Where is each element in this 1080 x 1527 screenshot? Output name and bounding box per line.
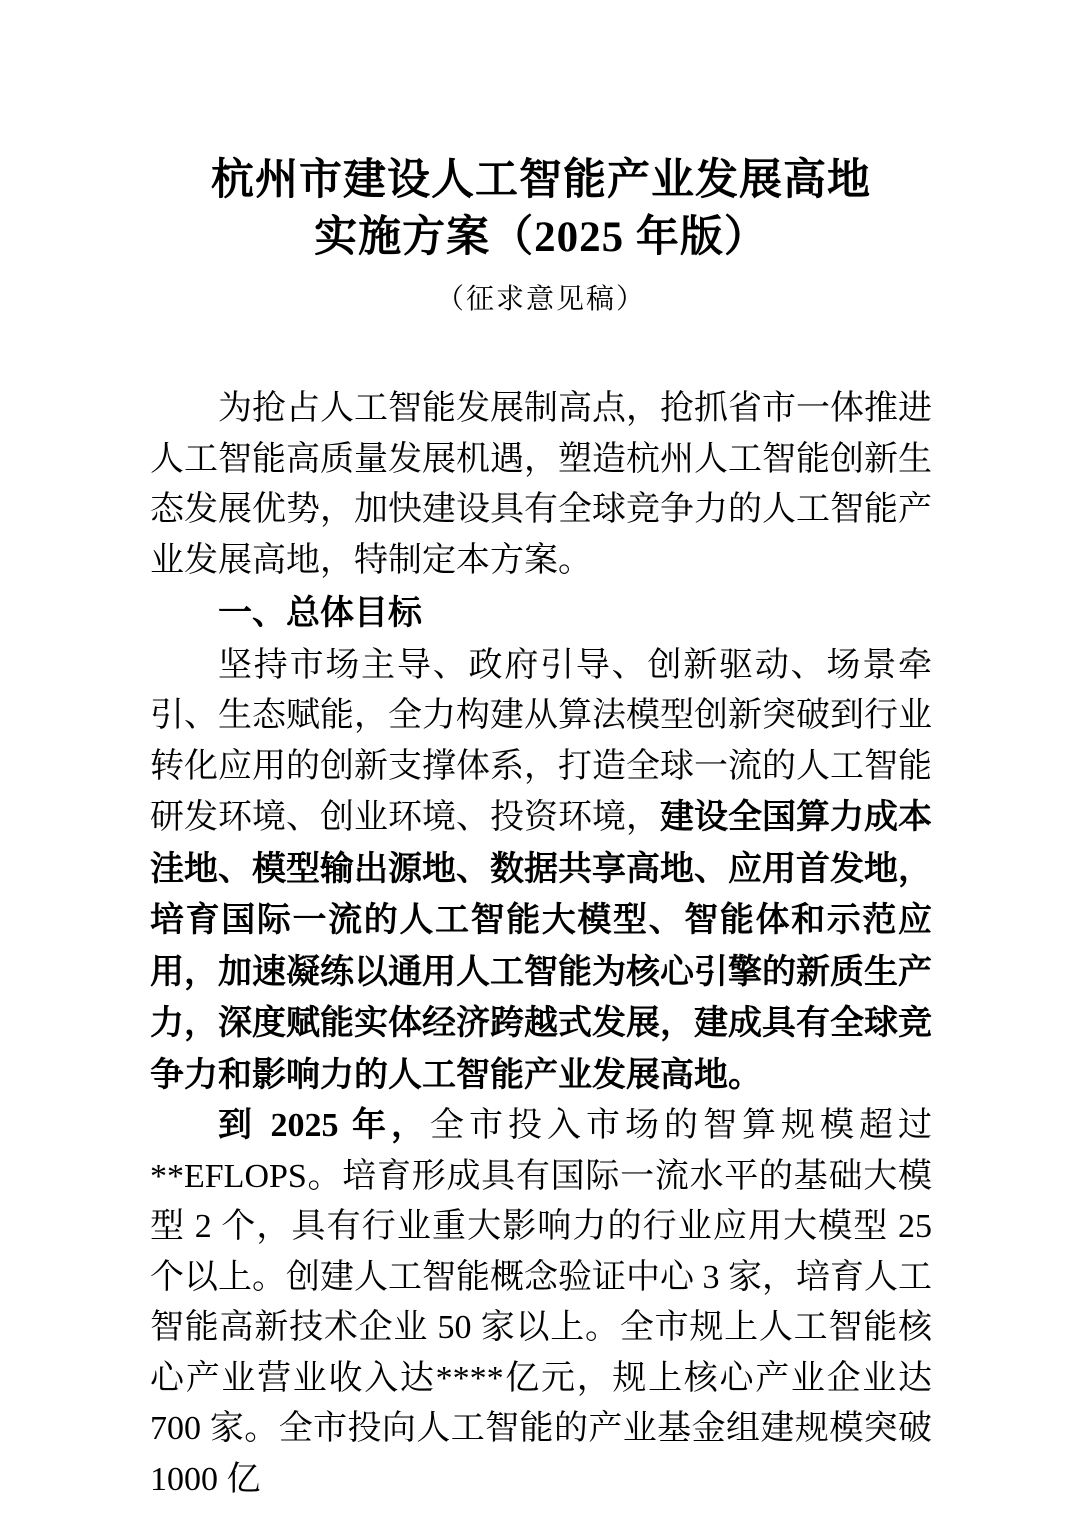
draft-note: （征求意见稿）: [150, 280, 932, 320]
goals-paragraph: 坚持市场主导、政府引导、创新驱动、场景牵引、生态赋能，全力构建从算法模型创新突破…: [150, 641, 932, 1102]
targets-paragraph: 到 2025 年，全市投入市场的智算规模超过**EFLOPS。培育形成具有国际一…: [150, 1101, 932, 1505]
document-title: 杭州市建设人工智能产业发展高地 实施方案（2025 年版）: [150, 152, 932, 266]
document-title-line-1: 杭州市建设人工智能产业发展高地: [150, 152, 932, 209]
targets-paragraph-bold-lead: 到 2025 年，: [218, 1107, 430, 1144]
goals-paragraph-bold-text: 建设全国算力成本洼地、模型输出源地、数据共享高地、应用首发地，培育国际一流的人工…: [150, 798, 932, 1094]
section-heading-overall-goals: 一、总体目标: [150, 588, 932, 639]
document-page: 杭州市建设人工智能产业发展高地 实施方案（2025 年版） （征求意见稿） 为抢…: [0, 0, 1080, 1527]
intro-paragraph: 为抢占人工智能发展制高点，抢抓省市一体推进人工智能高质量发展机遇，塑造杭州人工智…: [150, 384, 932, 586]
document-title-line-2: 实施方案（2025 年版）: [150, 209, 932, 266]
targets-paragraph-rest-text: 全市投入市场的智算规模超过**EFLOPS。培育形成具有国际一流水平的基础大模型…: [150, 1107, 932, 1498]
